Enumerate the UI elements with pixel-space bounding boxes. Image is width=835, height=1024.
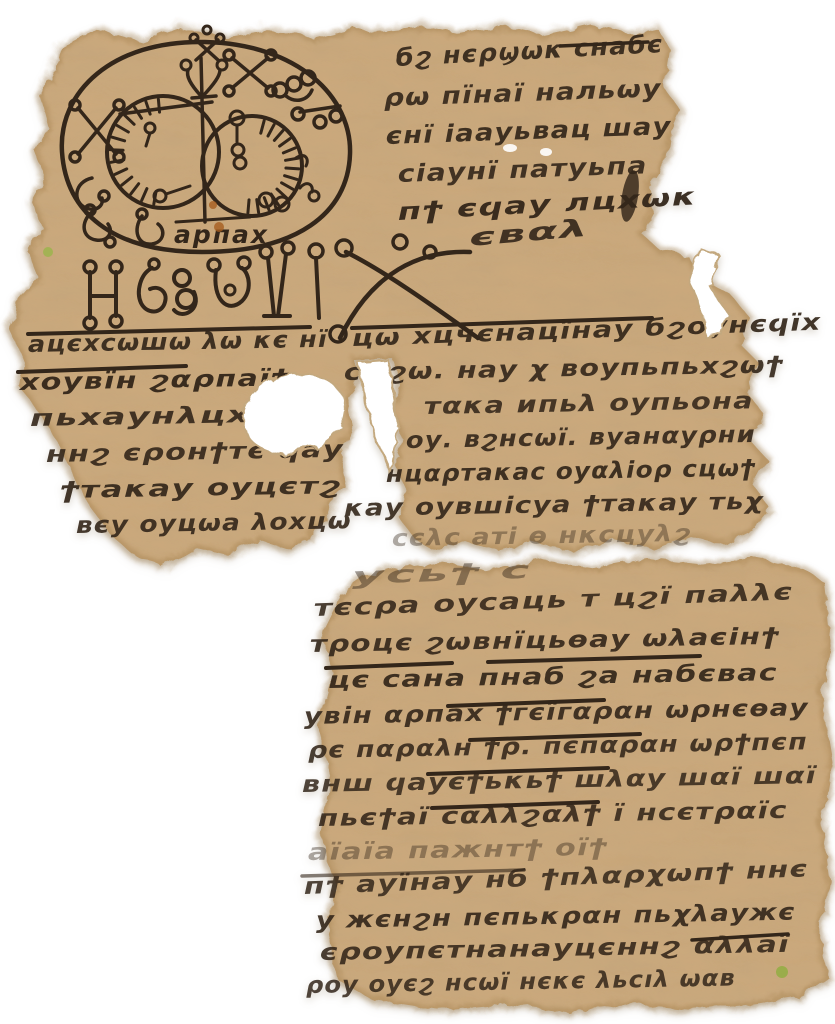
manuscript-line: аїаїа пажнтϯ οїϯ xyxy=(308,835,609,866)
rust-stain xyxy=(214,222,224,232)
manuscript-photo: арпах xyxy=(0,0,835,1024)
lower-fragment: уϲьϯ ϲтєϲρа оуϲаць т цϩї паλλєтροцє ϩѡвн… xyxy=(302,556,830,1010)
surface-fleck xyxy=(503,144,517,152)
manuscript-line: ϯтаκау оуцєтϩ xyxy=(60,473,342,504)
rust-stain xyxy=(209,201,217,209)
manuscript-line: ацєхϲѡшѡ λѡ κє нї xyxy=(28,327,330,358)
manuscript-svg: арпах xyxy=(0,0,835,1024)
manuscript-line: хоувїн ϩαρпаїϯ xyxy=(18,365,290,396)
green-stain xyxy=(43,247,53,257)
green-stain xyxy=(776,966,788,978)
manuscript-line: ϲєλϲ аті ѳ нκϲцуλϩ xyxy=(392,521,692,552)
surface-fleck xyxy=(540,148,552,156)
manuscript-line: вєу оуцѡа λοхцѡ xyxy=(76,508,352,539)
upper-fragment: арпах xyxy=(10,24,822,565)
seal-hatch-tick xyxy=(248,200,249,213)
seal-hatch-tick xyxy=(286,168,299,169)
